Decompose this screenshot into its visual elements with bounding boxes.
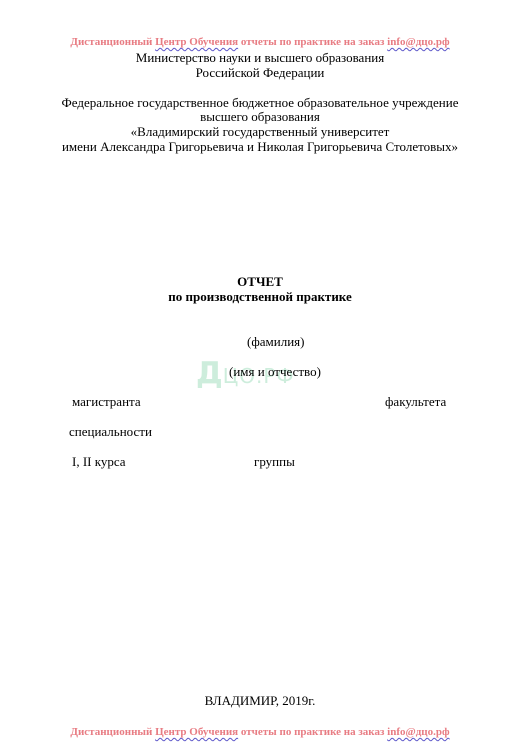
footer-watermark: Дистанционный Центр Обучения отчеты по п…: [0, 726, 520, 738]
watermark-middle: отчеты по практике на заказ: [238, 36, 387, 48]
logo-letter: Д: [196, 356, 223, 391]
institution-line-3: «Владимирский государственный университе…: [0, 124, 520, 139]
institution-line-4: имени Александра Григорьевича и Николая …: [0, 139, 520, 154]
course-label: I, II курса: [72, 454, 126, 469]
name-patronymic-label: (имя и отчество): [229, 364, 321, 379]
watermark-prefix: Дистанционный: [70, 726, 155, 738]
watermark-prefix: Дистанционный: [70, 36, 155, 48]
institution-line-2: высшего образования: [0, 109, 520, 124]
watermark-middle: отчеты по практике на заказ: [238, 726, 387, 738]
watermark-email-link[interactable]: info@дцо.рф: [387, 36, 449, 48]
institution-line-1: Федеральное государственное бюджетное об…: [0, 95, 520, 110]
master-student-label: магистранта: [72, 394, 141, 409]
ministry-line-1: Министерство науки и высшего образования: [0, 50, 520, 65]
watermark-email-link[interactable]: info@дцо.рф: [387, 726, 449, 738]
group-label: группы: [254, 454, 295, 469]
surname-label: (фамилия): [247, 334, 304, 349]
ministry-line-2: Российской Федерации: [0, 65, 520, 80]
report-subtitle: по производственной практике: [0, 289, 520, 304]
watermark-center-name: Центр Обучения: [155, 726, 238, 738]
specialty-label: специальности: [69, 424, 152, 439]
header-watermark: Дистанционный Центр Обучения отчеты по п…: [0, 36, 520, 48]
watermark-center-name: Центр Обучения: [155, 36, 238, 48]
report-title: ОТЧЕТ: [0, 274, 520, 289]
faculty-label: факультета: [385, 394, 446, 409]
city-year: ВЛАДИМИР, 2019г.: [0, 693, 520, 708]
